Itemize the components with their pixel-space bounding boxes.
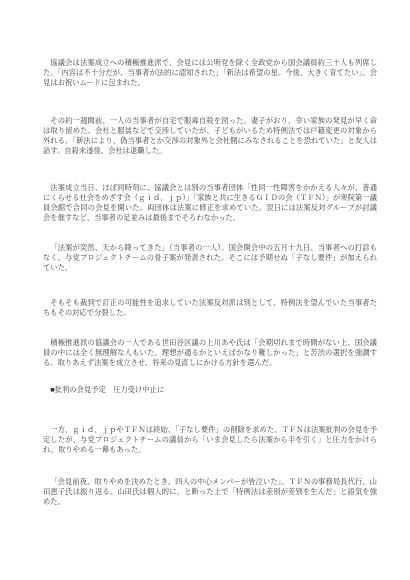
paragraph: 「法案が突然、天から降ってきた」（当事者の一人）。国会開会中の五月十九日、当事者… — [43, 243, 377, 273]
paragraph: その約一週間前、一人の当事者が自宅で服毒自殺を図った。妻子がおり、幸い家族の発見… — [43, 116, 377, 156]
paragraph: 協議会は法案成立への積極推進派で、会見には公明党を除く全政党から国会議員約三十人… — [43, 58, 377, 88]
paragraph: 法案成立当日、ほぼ同時刻に、協議会とは別の当事者団体「性同一性障害をかかえる人々… — [43, 183, 377, 223]
section-heading: ■批判の会見予定 圧力受け中止に — [43, 385, 377, 395]
document-page: 協議会は法案成立への積極推進派で、会見には公明党を除く全政党から国会議員約三十人… — [0, 0, 410, 580]
paragraph: 積極推進派の協議会の一人である世田谷区議の上川あや氏は「会期切れまで時間がない上… — [43, 338, 377, 368]
paragraph: そもそも裁判で訂正の可能性を追求していた法案反対派は別として、特例法を望んでいた… — [43, 298, 377, 318]
paragraph: 一方、ｇｉｄ．ｊｐやＴＦＮは終始、「子なし要件」の削除を求めた。ＴＦＮは法案批判… — [43, 425, 377, 455]
paragraph: 「会見前夜、取りやめを決めたとき、四人の中心メンバーが皆泣いた」。ＴＦＮの事務局… — [43, 477, 377, 507]
